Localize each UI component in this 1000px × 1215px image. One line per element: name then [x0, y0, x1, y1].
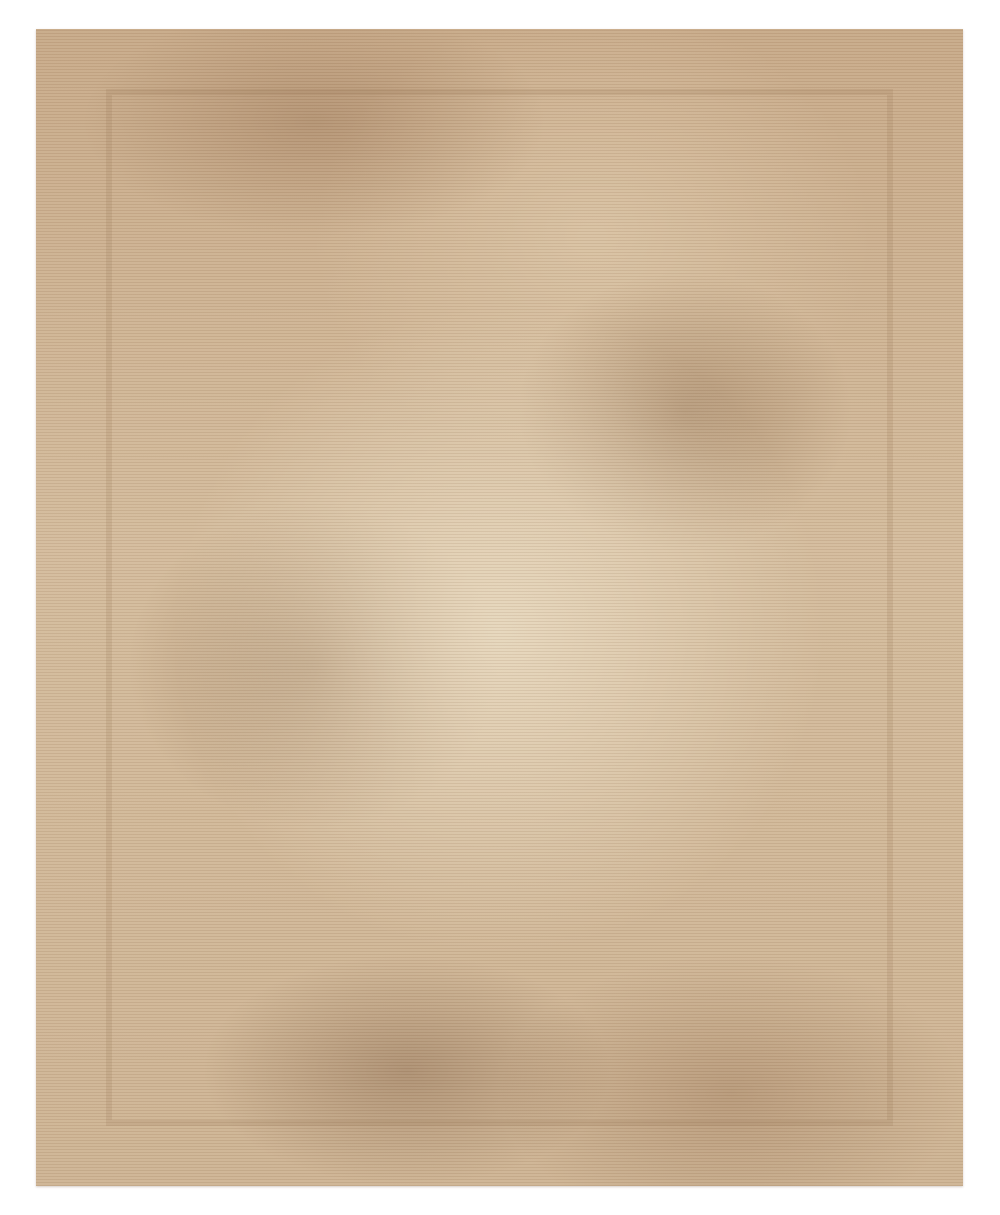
- rug-border-pattern: [106, 89, 893, 1126]
- rug: [36, 29, 963, 1186]
